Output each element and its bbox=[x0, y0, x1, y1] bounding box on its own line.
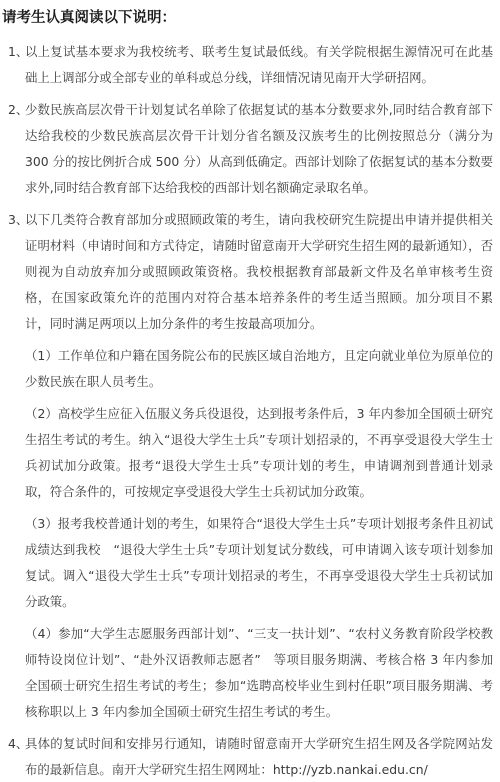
sub-item-text: （3）报考我校普通计划的考生，如果符合“退役大学生士兵”专项计划报考条件且初试成… bbox=[25, 516, 493, 609]
item-number: 2、 bbox=[8, 97, 28, 123]
document-heading: 请考生认真阅读以下说明： bbox=[2, 8, 493, 28]
sub-item-2: （2）高校学生应征入伍服义务兵役退役，达到报考条件后，3 年内参加全国硕士研究生… bbox=[8, 401, 493, 505]
item-text: 少数民族高层次骨干计划复试名单除了依据复试的基本分数要求外,同时结合教育部下达给… bbox=[25, 102, 493, 195]
sub-item-text: （1）工作单位和户籍在国务院公布的民族区域自治地方，且定向就业单位为原单位的少数… bbox=[25, 348, 493, 389]
numbered-item-3: 3、 以下几类符合教育部加分或照顾政策的考生，请向我校研究生院提出申请并提供相关… bbox=[8, 207, 493, 337]
sub-item-3: （3）报考我校普通计划的考生，如果符合“退役大学生士兵”专项计划报考条件且初试成… bbox=[8, 511, 493, 615]
numbered-item-1: 1、 以上复试基本要求为我校统考、联考生复试最低线。有关学院根据生源情况可在此基… bbox=[8, 39, 493, 91]
numbered-item-4: 4、 具体的复试时间和安排另行通知，请随时留意南开大学研究生招生网及各学院网站发… bbox=[8, 731, 493, 782]
item-number: 1、 bbox=[8, 39, 28, 65]
item-text: 以上复试基本要求为我校统考、联考生复试最低线。有关学院根据生源情况可在此基础上上… bbox=[25, 44, 493, 85]
item-text: 以下几类符合教育部加分或照顾政策的考生，请向我校研究生院提出申请并提供相关证明材… bbox=[25, 212, 493, 331]
item-number: 4、 bbox=[8, 731, 28, 757]
numbered-item-2: 2、 少数民族高层次骨干计划复试名单除了依据复试的基本分数要求外,同时结合教育部… bbox=[8, 97, 493, 201]
sub-item-text: （4）参加“大学生志愿服务西部计划”、“三支一扶计划”、“农村义务教育阶段学校教… bbox=[25, 626, 493, 719]
sub-item-text: （2）高校学生应征入伍服义务兵役退役，达到报考条件后，3 年内参加全国硕士研究生… bbox=[25, 406, 493, 499]
item-number: 3、 bbox=[8, 207, 28, 233]
nankai-yzb-url: http://yzb.nankai.edu.cn/ bbox=[273, 762, 428, 777]
notice-document: 请考生认真阅读以下说明： 1、 以上复试基本要求为我校统考、联考生复试最低线。有… bbox=[0, 0, 500, 782]
sub-item-4: （4）参加“大学生志愿服务西部计划”、“三支一扶计划”、“农村义务教育阶段学校教… bbox=[8, 621, 493, 725]
sub-item-1: （1）工作单位和户籍在国务院公布的民族区域自治地方，且定向就业单位为原单位的少数… bbox=[8, 343, 493, 395]
